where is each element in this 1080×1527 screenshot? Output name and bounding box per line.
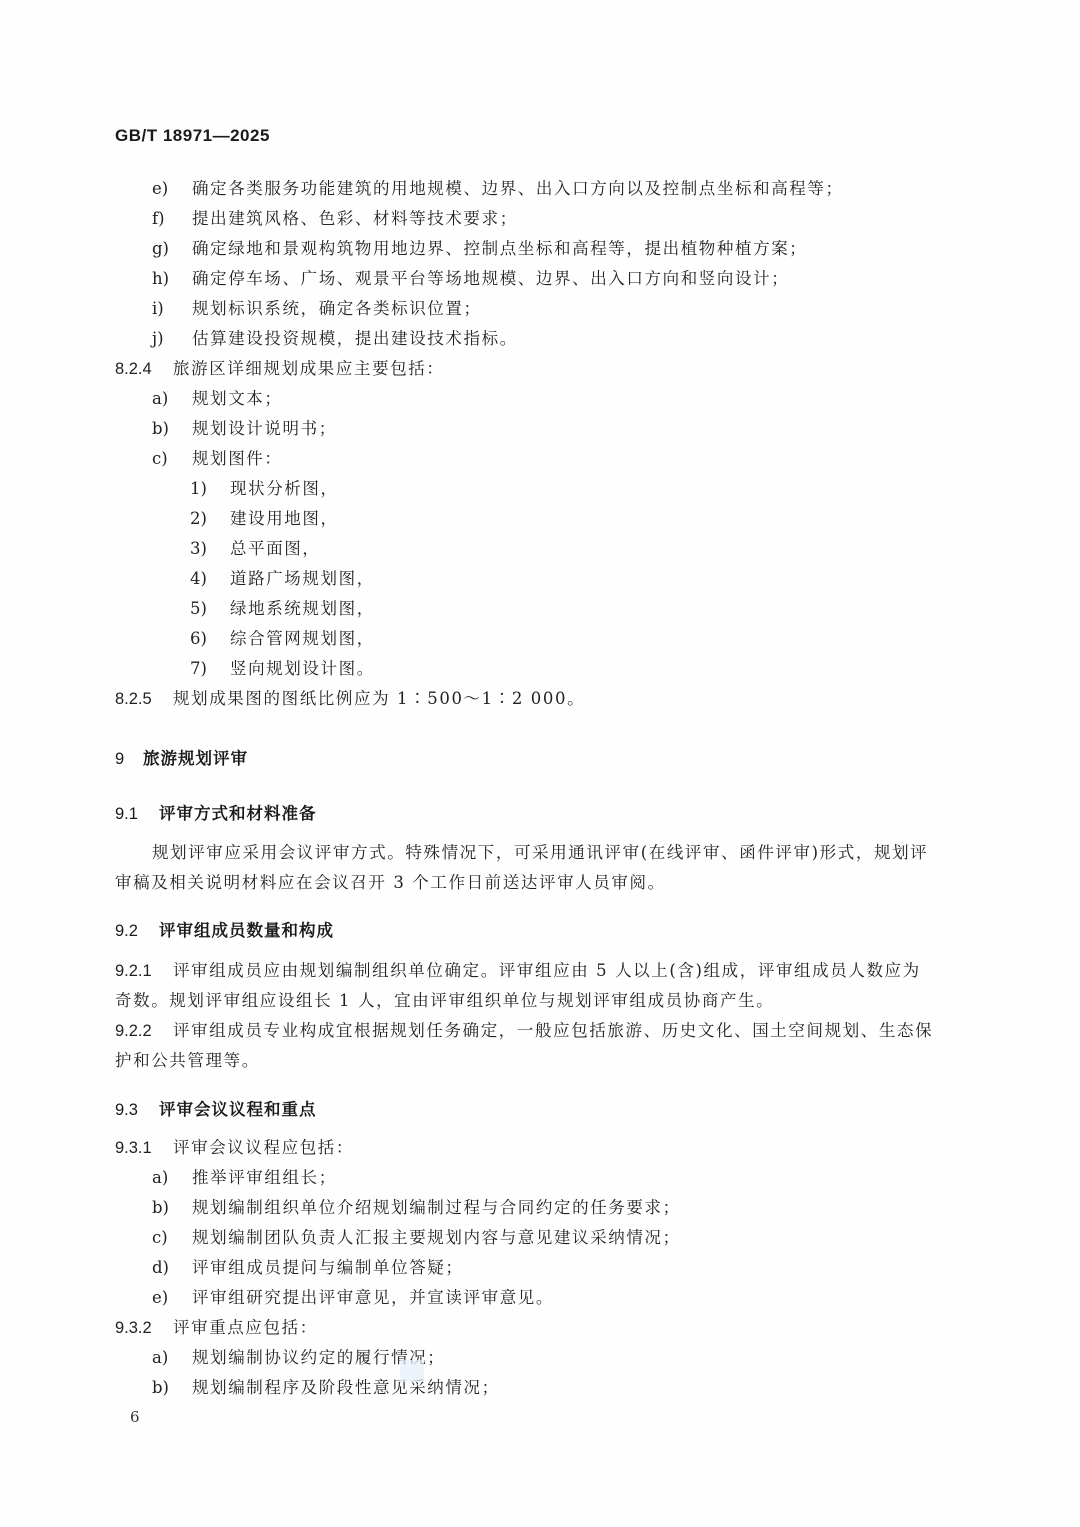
clause-text: 评审组成员专业构成宜根据规划任务确定，一般应包括旅游、历史文化、国土空间规划、生…: [173, 1021, 933, 1040]
list-label: a): [152, 389, 192, 409]
sub-list-label: 3): [190, 539, 230, 559]
sub-list-text: 现状分析图，: [230, 479, 339, 498]
list-label: b): [152, 419, 192, 439]
paragraph-line: 规划评审应采用会议评审方式。特殊情况下，可采用通讯评审(在线评审、函件评审)形式…: [152, 843, 928, 863]
clause-9-3-1: 9.3.1评审会议议程应包括：: [115, 1138, 354, 1158]
heading-number: 9.2: [115, 922, 159, 941]
list-label: g): [152, 239, 192, 259]
list-text: 评审组研究提出评审意见，并宣读评审意见。: [192, 1288, 554, 1307]
sub-list-label: 1): [190, 479, 230, 499]
sub-list-text: 竖向规划设计图。: [230, 659, 375, 678]
list-label: e): [152, 179, 192, 199]
list-item: f)提出建筑风格、色彩、材料等技术要求；: [152, 209, 518, 229]
clause-number: 8.2.5: [115, 689, 173, 709]
heading-title: 评审方式和材料准备: [159, 804, 317, 823]
clause-9-2-1: 9.2.1评审组成员应由规划编制组织单位确定。评审组应由 5 人以上(含)组成，…: [115, 961, 921, 981]
clause-8-2-5: 8.2.5规划成果图的图纸比例应为 1∶500～1∶2 000。: [115, 689, 585, 709]
heading-title: 旅游规划评审: [143, 749, 248, 768]
clause-number: 8.2.4: [115, 359, 173, 379]
list-text: 规划文本；: [192, 389, 283, 408]
list-text: 规划编制团队负责人汇报主要规划内容与意见建议采纳情况；: [192, 1228, 681, 1247]
list-label: a): [152, 1348, 192, 1368]
standard-code-header: GB/T 18971—2025: [115, 126, 270, 146]
list-item: e)确定各类服务功能建筑的用地规模、边界、出入口方向以及控制点坐标和高程等；: [152, 179, 844, 199]
sub-list-label: 6): [190, 629, 230, 649]
list-label: b): [152, 1378, 192, 1398]
list-text: 提出建筑风格、色彩、材料等技术要求；: [192, 209, 518, 228]
sub-list-label: 4): [190, 569, 230, 589]
clause-text: 旅游区详细规划成果应主要包括：: [173, 359, 445, 378]
sub-list-item: 6)综合管网规划图，: [190, 629, 375, 649]
section-heading-9-3: 9.3评审会议议程和重点: [115, 1096, 317, 1120]
list-text: 确定各类服务功能建筑的用地规模、边界、出入口方向以及控制点坐标和高程等；: [192, 179, 844, 198]
list-item: a)推举评审组组长；: [152, 1168, 337, 1188]
list-label: h): [152, 269, 192, 289]
sub-list-text: 道路广场规划图，: [230, 569, 375, 588]
heading-number: 9.1: [115, 805, 159, 824]
clause-9-2-2: 9.2.2评审组成员专业构成宜根据规划任务确定，一般应包括旅游、历史文化、国土空…: [115, 1021, 933, 1041]
list-text: 评审组成员提问与编制单位答疑；: [192, 1258, 464, 1277]
list-label: a): [152, 1168, 192, 1188]
sub-list-item: 5)绿地系统规划图，: [190, 599, 375, 619]
section-heading-9-1: 9.1评审方式和材料准备: [115, 800, 317, 824]
page-number: 6: [130, 1408, 140, 1426]
clause-number: 9.3.1: [115, 1138, 173, 1158]
list-text: 规划编制组织单位介绍规划编制过程与合同约定的任务要求；: [192, 1198, 681, 1217]
list-item: c)规划图件：: [152, 449, 283, 469]
sub-list-label: 7): [190, 659, 230, 679]
clause-text: 评审组成员应由规划编制组织单位确定。评审组应由 5 人以上(含)组成，评审组成员…: [173, 961, 921, 980]
sub-list-item: 4)道路广场规划图，: [190, 569, 375, 589]
list-label: e): [152, 1288, 192, 1308]
document-page: GB/T 18971—2025 e)确定各类服务功能建筑的用地规模、边界、出入口…: [0, 0, 1080, 1527]
sub-list-item: 3)总平面图，: [190, 539, 321, 559]
heading-title: 评审会议议程和重点: [159, 1100, 317, 1119]
clause-9-3-2: 9.3.2评审重点应包括：: [115, 1318, 318, 1338]
clause-text: 评审会议议程应包括：: [173, 1138, 354, 1157]
section-heading-9-2: 9.2评审组成员数量和构成: [115, 917, 334, 941]
list-item: b)规划编制程序及阶段性意见采纳情况；: [152, 1378, 500, 1398]
paragraph-line: 护和公共管理等。: [115, 1051, 260, 1071]
list-item: c)规划编制团队负责人汇报主要规划内容与意见建议采纳情况；: [152, 1228, 681, 1248]
heading-number: 9.3: [115, 1101, 159, 1120]
clause-text: 规划成果图的图纸比例应为 1∶500～1∶2 000。: [173, 689, 585, 708]
list-text: 估算建设投资规模，提出建设技术指标。: [192, 329, 518, 348]
paragraph-line: 奇数。规划评审组应设组长 1 人，宜由评审组织单位与规划评审组成员协商产生。: [115, 991, 774, 1011]
list-text: 规划编制程序及阶段性意见采纳情况；: [192, 1378, 500, 1397]
list-item: b)规划设计说明书；: [152, 419, 337, 439]
clause-number: 9.3.2: [115, 1318, 173, 1338]
watermark-mark: [400, 1360, 424, 1382]
list-label: d): [152, 1258, 192, 1278]
section-heading-9: 9旅游规划评审: [115, 745, 248, 769]
sub-list-text: 建设用地图，: [230, 509, 339, 528]
clause-number: 9.2.1: [115, 961, 173, 981]
list-label: f): [152, 209, 192, 229]
list-text: 推举评审组组长；: [192, 1168, 337, 1187]
clause-number: 9.2.2: [115, 1021, 173, 1041]
paragraph-line: 审稿及相关说明材料应在会议召开 3 个工作日前送达评审人员审阅。: [115, 873, 666, 893]
list-item: g)确定绿地和景观构筑物用地边界、控制点坐标和高程等，提出植物种植方案；: [152, 239, 807, 259]
list-text: 规划设计说明书；: [192, 419, 337, 438]
list-label: c): [152, 1228, 192, 1248]
list-label: b): [152, 1198, 192, 1218]
sub-list-label: 2): [190, 509, 230, 529]
list-item: h)确定停车场、广场、观景平台等场地规模、边界、出入口方向和竖向设计；: [152, 269, 789, 289]
list-item: a)规划文本；: [152, 389, 283, 409]
list-item: j)估算建设投资规模，提出建设技术指标。: [152, 329, 518, 349]
list-label: i): [152, 299, 192, 319]
sub-list-text: 总平面图，: [230, 539, 321, 558]
clause-8-2-4: 8.2.4旅游区详细规划成果应主要包括：: [115, 359, 445, 379]
list-text: 规划标识系统，确定各类标识位置；: [192, 299, 482, 318]
sub-list-text: 绿地系统规划图，: [230, 599, 375, 618]
sub-list-text: 综合管网规划图，: [230, 629, 375, 648]
list-text: 确定绿地和景观构筑物用地边界、控制点坐标和高程等，提出植物种植方案；: [192, 239, 807, 258]
heading-title: 评审组成员数量和构成: [159, 921, 334, 940]
list-item: b)规划编制组织单位介绍规划编制过程与合同约定的任务要求；: [152, 1198, 681, 1218]
list-text: 确定停车场、广场、观景平台等场地规模、边界、出入口方向和竖向设计；: [192, 269, 789, 288]
sub-list-item: 1)现状分析图，: [190, 479, 339, 499]
list-text: 规划图件：: [192, 449, 283, 468]
list-label: j): [152, 329, 192, 349]
sub-list-item: 2)建设用地图，: [190, 509, 339, 529]
list-item: e)评审组研究提出评审意见，并宣读评审意见。: [152, 1288, 554, 1308]
clause-text: 评审重点应包括：: [173, 1318, 318, 1337]
heading-number: 9: [115, 750, 143, 769]
list-item: i)规划标识系统，确定各类标识位置；: [152, 299, 482, 319]
list-item: d)评审组成员提问与编制单位答疑；: [152, 1258, 464, 1278]
list-label: c): [152, 449, 192, 469]
sub-list-label: 5): [190, 599, 230, 619]
sub-list-item: 7)竖向规划设计图。: [190, 659, 375, 679]
